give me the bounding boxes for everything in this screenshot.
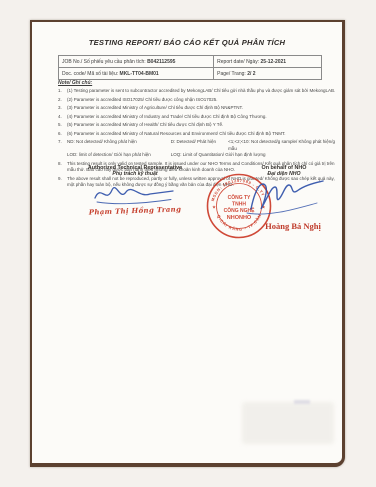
scan-background: TESTING REPORT/ BÁO CÁO KẾT QUẢ PHÂN TÍC… <box>0 0 376 487</box>
note-text: (6) Parameter is accredited Ministry of … <box>67 131 340 137</box>
report-page: TESTING REPORT/ BÁO CÁO KẾT QUẢ PHÂN TÍC… <box>30 20 345 467</box>
note-text: (3) Parameter is accredited Ministry of … <box>67 105 340 111</box>
note-number: 8. <box>58 161 67 174</box>
note-number: 3. <box>58 105 67 111</box>
note-number: 6. <box>58 131 67 137</box>
technical-rep-signature-icon <box>87 178 187 208</box>
report-date-cell: Report date/ Ngày: 25-12-2021 <box>214 56 322 68</box>
nd-definition: ND: Not detected/ Không phát hiện <box>67 139 171 152</box>
report-date-value: 25-12-2021 <box>261 59 287 65</box>
note-text: (5) Parameter is accredited Ministry of … <box>67 122 340 128</box>
note-number: 1. <box>58 88 67 94</box>
nho-representative-name: Hoàng Bá Nghị <box>245 221 341 231</box>
page-value: 2/ 2 <box>247 71 255 77</box>
doc-code-cell: Doc. code/ Mã số tài liệu: MKL-TT04-BM01 <box>59 68 214 80</box>
job-no-label: JOB No./ Số phiếu yêu cầu phân tích: <box>62 59 146 65</box>
d-definition: D: Detected/ Phát hiện <box>171 139 228 152</box>
info-table: JOB No./ Số phiếu yêu cầu phân tích: B04… <box>58 55 322 80</box>
doc-code-label: Doc. code/ Mã số tài liệu: <box>62 71 118 77</box>
note-item: 3. (3) Parameter is accredited Ministry … <box>58 105 340 111</box>
note-number: 4. <box>58 114 67 120</box>
note-text: (1) Testing parameter is sent to subcont… <box>67 88 340 94</box>
abbrev-row-2: LOD: limit of detection/ Giới hạn phát h… <box>67 152 340 158</box>
note-item: 1. (1) Testing parameter is sent to subc… <box>58 88 340 94</box>
note-text: ND: Not detected/ Không phát hiện D: Det… <box>67 139 340 158</box>
note-number: 9. <box>58 176 67 189</box>
technical-representative-title-vi: Phụ trách kỹ thuật <box>70 171 200 177</box>
lod-definition: LOD: limit of detection/ Giới hạn phát h… <box>67 152 171 158</box>
note-text: (2) Parameter is accredited ISO17025/ Ch… <box>67 97 340 103</box>
abbrev-row-1: ND: Not detected/ Không phát hiện D: Det… <box>67 139 340 152</box>
note-item: 2. (2) Parameter is accredited ISO17025/… <box>58 97 340 103</box>
technical-representative-block: Authorized Technical Representative Phụ … <box>70 165 200 177</box>
info-table-row: Doc. code/ Mã số tài liệu: MKL-TT04-BM01… <box>59 68 322 80</box>
job-no-value: B042112595 <box>147 59 175 65</box>
notes-heading: Note/ Ghi chú: <box>58 80 92 86</box>
job-no-cell: JOB No./ Số phiếu yêu cầu phân tích: B04… <box>59 56 214 68</box>
report-date-label: Report date/ Ngày: <box>217 59 259 65</box>
note-item: 6. (6) Parameter is accredited Ministry … <box>58 131 340 137</box>
report-title: TESTING REPORT/ BÁO CÁO KẾT QUẢ PHÂN TÍC… <box>32 38 342 47</box>
doc-code-value: MKL-TT04-BM01 <box>120 71 159 77</box>
note-item-abbreviations: 7. ND: Not detected/ Không phát hiện D: … <box>58 139 340 158</box>
info-table-row: JOB No./ Số phiếu yêu cầu phân tích: B04… <box>59 56 322 68</box>
note-number: 2. <box>58 97 67 103</box>
note-item: 5. (5) Parameter is accredited Ministry … <box>58 122 340 128</box>
note-number: 5. <box>58 122 67 128</box>
note-number: 7. <box>58 139 67 158</box>
page-cell: Page/ Trang: 2/ 2 <box>214 68 322 80</box>
nho-representative-signature-icon <box>217 175 329 219</box>
page-label: Page/ Trang: <box>217 71 246 77</box>
note-item: 4. (4) Parameter is accredited Ministry … <box>58 114 340 120</box>
loq-definition: LOQ: Limit of Quantitation/ Giới hạn địn… <box>171 152 340 158</box>
note-text: (4) Parameter is accredited Ministry of … <box>67 114 340 120</box>
threshold-definition: <1;<2;<10: Not detected/g sample/ Không … <box>228 139 340 152</box>
bleed-through-ghost <box>242 402 334 444</box>
bleed-through-mark <box>294 400 310 404</box>
